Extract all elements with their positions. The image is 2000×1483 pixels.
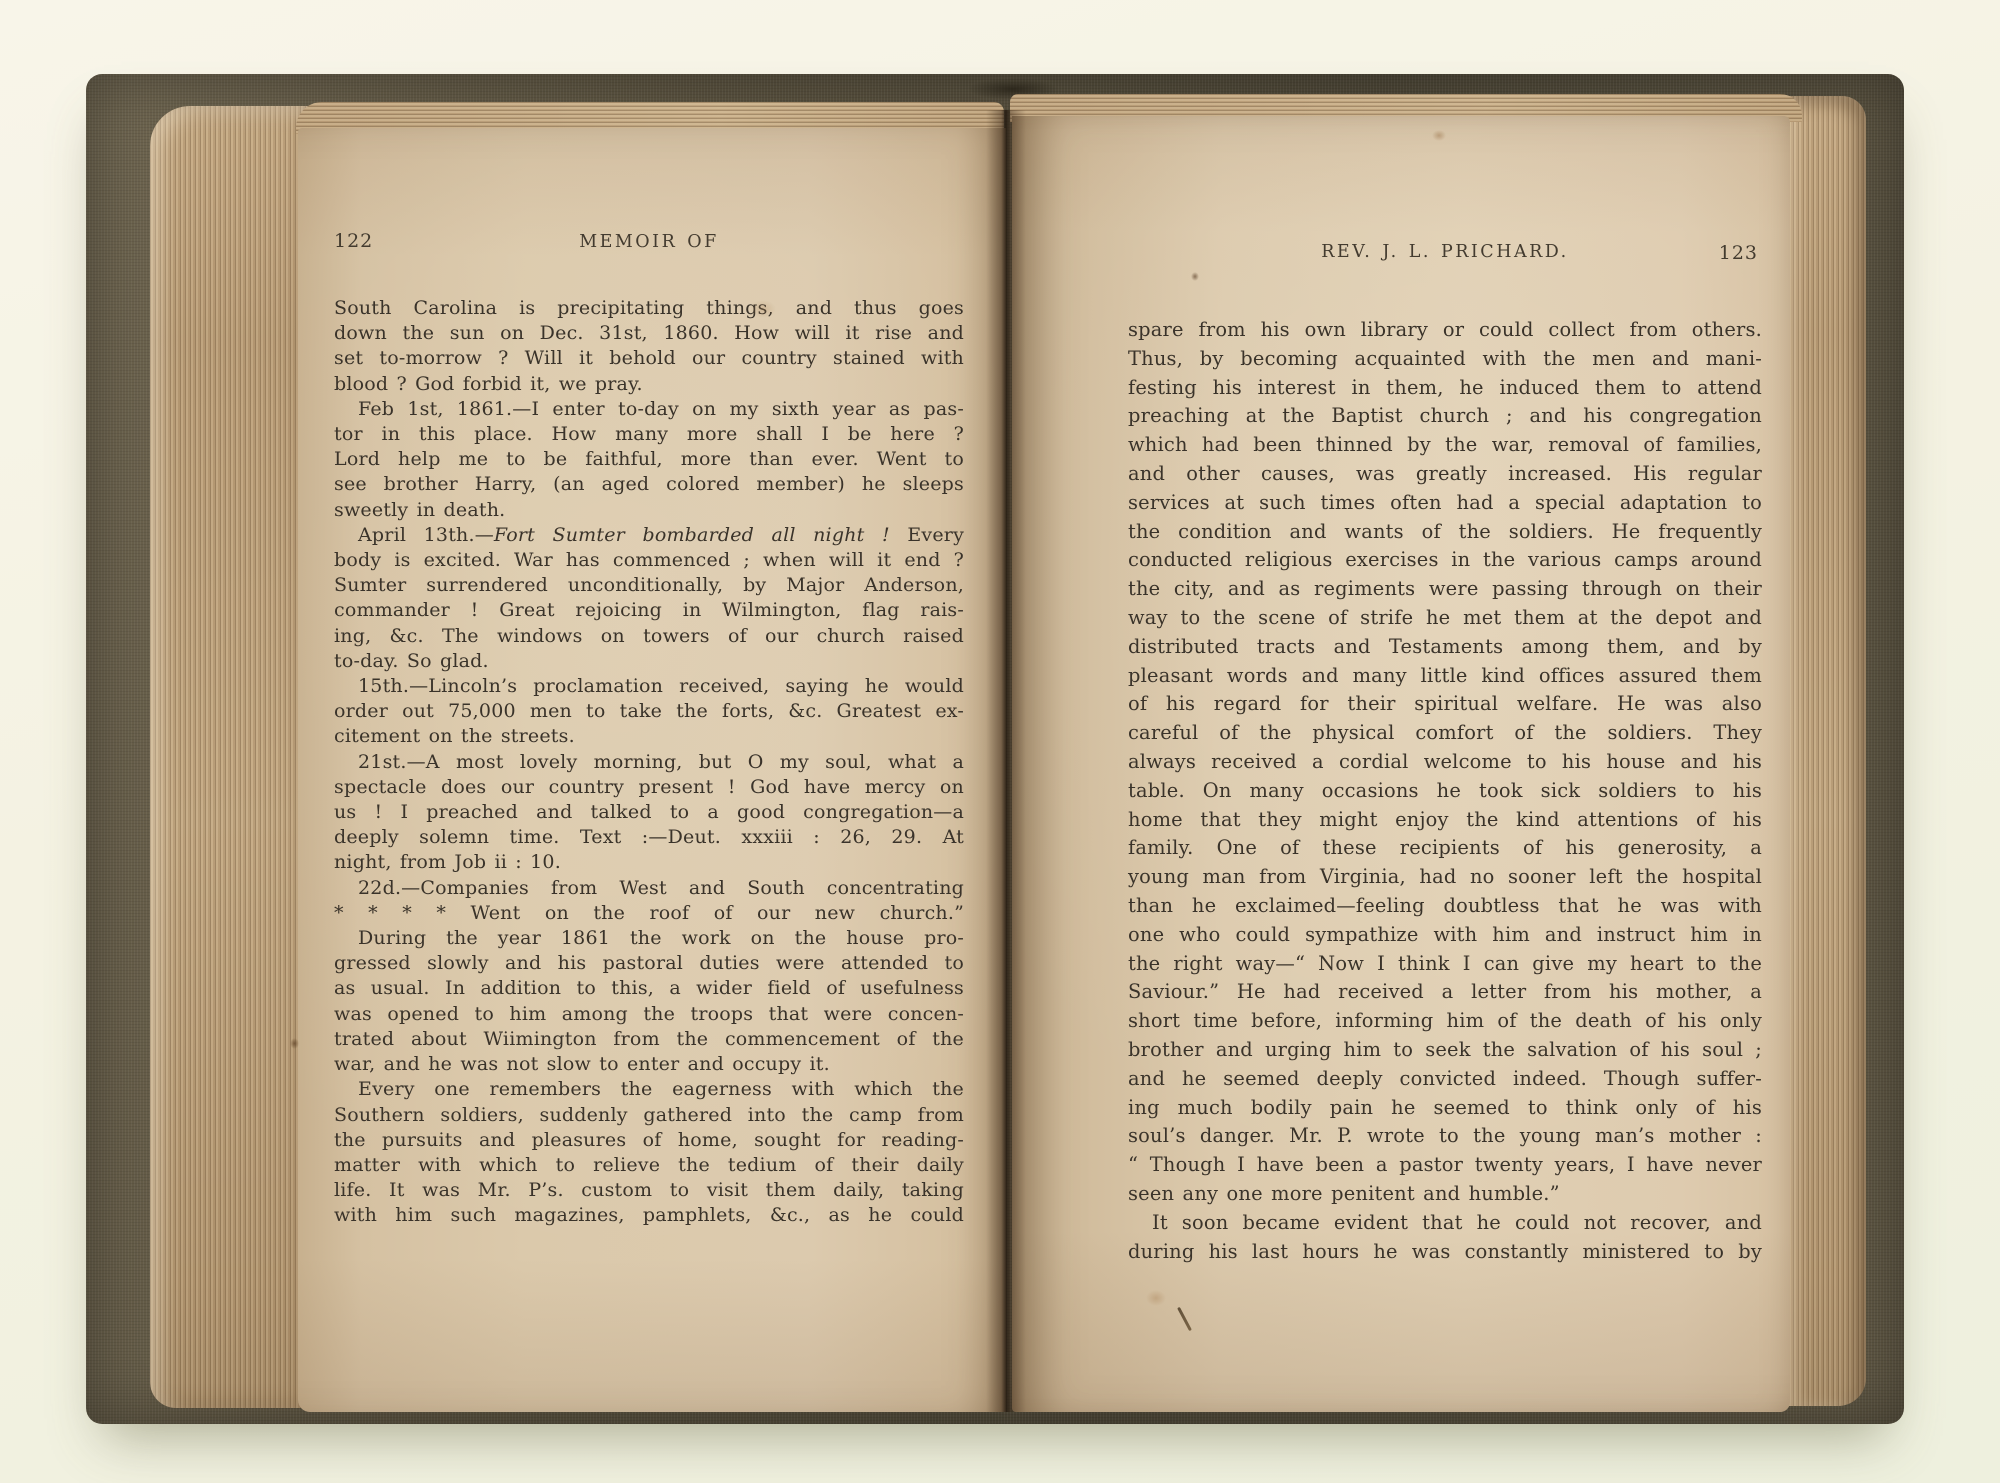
text-line: table. On many occasions he took sick so… bbox=[1128, 777, 1762, 806]
text-line: * * * * Went on the roof of our new chur… bbox=[334, 901, 964, 926]
text-line: order out 75,000 men to take the forts, … bbox=[334, 699, 964, 724]
fore-edge-stack-left bbox=[150, 106, 322, 1408]
text-line: as usual. In addition to this, a wider f… bbox=[334, 976, 964, 1001]
text-line: 15th.—Lincoln’s proclamation received, s… bbox=[334, 674, 964, 699]
text-line: trated about Wiimington from the commenc… bbox=[334, 1027, 964, 1052]
text-line: way to the scene of strife he met them a… bbox=[1128, 604, 1762, 633]
page-number-123: 123 bbox=[1719, 242, 1758, 264]
text-line: Thus, by becoming acquainted with the me… bbox=[1128, 345, 1762, 374]
left-page-text: 122 MEMOIR OF South Carolina is precipit… bbox=[334, 230, 964, 1229]
photo-of-open-book: 122 MEMOIR OF South Carolina is precipit… bbox=[0, 0, 2000, 1483]
book-gutter bbox=[986, 110, 1026, 1412]
text-line: and he seemed deeply convicted indeed. T… bbox=[1128, 1065, 1762, 1094]
text-line: April 13th.—Fort Sumter bombarded all ni… bbox=[334, 523, 964, 548]
text-line: night, from Job ii : 10. bbox=[334, 850, 964, 875]
text-line: citement on the streets. bbox=[334, 724, 964, 749]
text-line: one who could sympathize with him and in… bbox=[1128, 921, 1762, 950]
text-line: seen any one more penitent and humble.” bbox=[1128, 1180, 1762, 1209]
left-page-body: South Carolina is precipitating things, … bbox=[334, 296, 964, 1229]
text-line: 21st.—A most lovely morning, but O my so… bbox=[334, 750, 964, 775]
text-line: Sumter surrendered unconditionally, by M… bbox=[334, 573, 964, 598]
right-page-body: spare from his own library or could coll… bbox=[1128, 316, 1762, 1266]
text-line: matter with which to relieve the tedium … bbox=[334, 1153, 964, 1178]
text-line: life. It was Mr. P’s. custom to visit th… bbox=[334, 1178, 964, 1203]
left-running-head: 122 MEMOIR OF bbox=[334, 230, 964, 256]
text-line: commander ! Great rejoicing in Wilmingto… bbox=[334, 598, 964, 623]
text-line: 22d.—Companies from West and South conce… bbox=[334, 876, 964, 901]
text-line: than he exclaimed—feeling doubtless that… bbox=[1128, 892, 1762, 921]
text-line: was opened to him among the troops that … bbox=[334, 1002, 964, 1027]
foxing-spot bbox=[290, 1038, 299, 1049]
text-line: the city, and as regiments were passing … bbox=[1128, 575, 1762, 604]
text-line: pleasant words and many little kind offi… bbox=[1128, 662, 1762, 691]
page-number-122: 122 bbox=[334, 230, 373, 252]
text-line: “ Though I have been a pastor twenty yea… bbox=[1128, 1151, 1762, 1180]
running-header-title: REV. J. L. PRICHARD. bbox=[1321, 242, 1568, 262]
text-line: services at such times often had a speci… bbox=[1128, 489, 1762, 518]
text-line: blood ? God forbid it, we pray. bbox=[334, 372, 964, 397]
text-line: during his last hours he was constantly … bbox=[1128, 1238, 1762, 1267]
text-line: spare from his own library or could coll… bbox=[1128, 316, 1762, 345]
text-line: soul’s danger. Mr. P. wrote to the young… bbox=[1128, 1122, 1762, 1151]
text-line: During the year 1861 the work on the hou… bbox=[334, 926, 964, 951]
text-line: young man from Virginia, had no sooner l… bbox=[1128, 863, 1762, 892]
text-line: with him such magazines, pamphlets, &c.,… bbox=[334, 1203, 964, 1228]
text-line: and other causes, was greatly increased.… bbox=[1128, 460, 1762, 489]
text-line: gressed slowly and his pastoral duties w… bbox=[334, 951, 964, 976]
foxing-spot bbox=[1432, 130, 1446, 141]
text-line: of his regard for their spiritual welfar… bbox=[1128, 690, 1762, 719]
text-line: Saviour.” He had received a letter from … bbox=[1128, 978, 1762, 1007]
text-line: to-day. So glad. bbox=[334, 649, 964, 674]
text-line: distributed tracts and Testaments among … bbox=[1128, 633, 1762, 662]
foxing-spot bbox=[750, 300, 776, 318]
text-line: family. One of these recipients of his g… bbox=[1128, 834, 1762, 863]
text-line: which had been thinned by the war, remov… bbox=[1128, 431, 1762, 460]
text-line: Every one remembers the eagerness with w… bbox=[334, 1077, 964, 1102]
text-line: see brother Harry, (an aged colored memb… bbox=[334, 472, 964, 497]
text-line: the pursuits and pleasures of home, soug… bbox=[334, 1128, 964, 1153]
text-line: war, and he was not slow to enter and oc… bbox=[334, 1052, 964, 1077]
running-header-title: MEMOIR OF bbox=[579, 232, 719, 252]
text-line: conducted religious exercises in the var… bbox=[1128, 546, 1762, 575]
text-line: sweetly in death. bbox=[334, 498, 964, 523]
text-line: It soon became evident that he could not… bbox=[1128, 1209, 1762, 1238]
text-line: ing much bodily pain he seemed to think … bbox=[1128, 1094, 1762, 1123]
fore-edge-stack-right bbox=[1788, 96, 1866, 1406]
text-line: spectacle does our country present ! God… bbox=[334, 775, 964, 800]
text-line: ing, &c. The windows on towers of our ch… bbox=[334, 624, 964, 649]
text-line: South Carolina is precipitating things, … bbox=[334, 296, 964, 321]
text-line: the condition and wants of the soldiers.… bbox=[1128, 518, 1762, 547]
text-line: home that they might enjoy the kind atte… bbox=[1128, 806, 1762, 835]
text-line: brother and urging him to seek the salva… bbox=[1128, 1036, 1762, 1065]
text-line: body is excited. War has commenced ; whe… bbox=[334, 548, 964, 573]
text-line: preaching at the Baptist church ; and hi… bbox=[1128, 402, 1762, 431]
text-line: always received a cordial welcome to his… bbox=[1128, 748, 1762, 777]
right-page-text: REV. J. L. PRICHARD. 123 spare from his … bbox=[1128, 240, 1762, 1266]
text-line: down the sun on Dec. 31st, 1860. How wil… bbox=[334, 321, 964, 346]
foxing-spot bbox=[1146, 1290, 1166, 1306]
text-line: set to-morrow ? Will it behold our count… bbox=[334, 346, 964, 371]
text-line: festing his interest in them, he induced… bbox=[1128, 374, 1762, 403]
text-line: the right way—“ Now I think I can give m… bbox=[1128, 950, 1762, 979]
text-line: Feb 1st, 1861.—I enter to-day on my sixt… bbox=[334, 397, 964, 422]
text-line: us ! I preached and talked to a good con… bbox=[334, 800, 964, 825]
text-line: deeply solemn time. Text :—Deut. xxxiii … bbox=[334, 825, 964, 850]
right-running-head: REV. J. L. PRICHARD. 123 bbox=[1128, 240, 1762, 266]
text-line: Southern soldiers, suddenly gathered int… bbox=[334, 1103, 964, 1128]
text-line: careful of the physical comfort of the s… bbox=[1128, 719, 1762, 748]
text-line: tor in this place. How many more shall I… bbox=[334, 422, 964, 447]
text-line: Lord help me to be faithful, more than e… bbox=[334, 447, 964, 472]
text-line: short time before, informing him of the … bbox=[1128, 1007, 1762, 1036]
foxing-spot bbox=[1191, 272, 1199, 281]
